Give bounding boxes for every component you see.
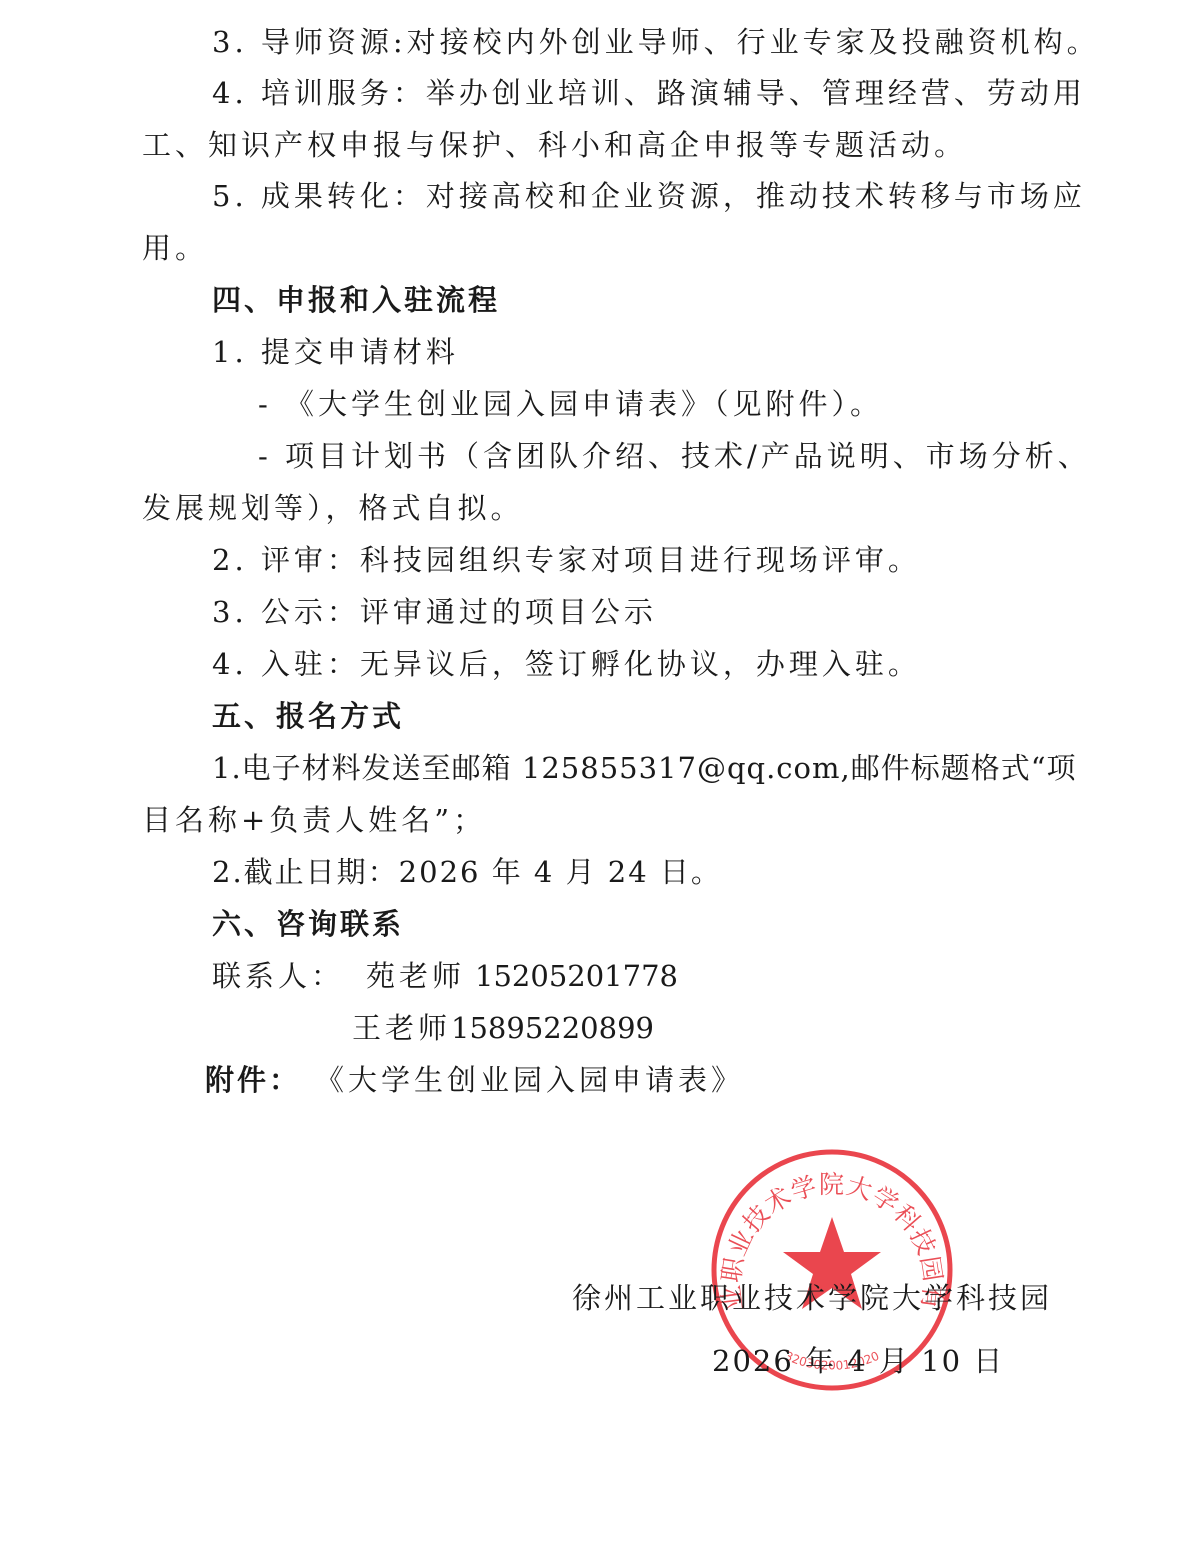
attachment-label: 附件：: [205, 1063, 301, 1097]
contact-name: 苑老师: [366, 959, 465, 993]
signature-date: 2026 年 4 月 10 日: [712, 1343, 1004, 1379]
attachment-title: 《大学生创业园入园申请表》: [315, 1063, 744, 1097]
section-heading-contact: 六、咨询联系: [212, 906, 404, 942]
material-project-plan: - 项目计划书（含团队介绍、技术/产品说明、市场分析、: [258, 438, 1091, 474]
service-item-mentors: 3. 导师资源:对接校内外创业导师、行业专家及投融资机构。: [212, 24, 1100, 60]
contact-row-1: 联系人：苑老师15205201778: [212, 958, 678, 994]
attachment-line: 附件：《大学生创业园入园申请表》: [205, 1062, 744, 1098]
contact-label: 联系人：: [212, 959, 344, 993]
contact-phone: 15895220899: [451, 1011, 654, 1045]
service-item-training: 4. 培训服务：举办创业培训、路演辅导、管理经营、劳动用: [212, 75, 1086, 111]
registration-deadline: 2.截止日期：2026 年 4 月 24 日。: [212, 854, 722, 890]
step-submit-materials: 1. 提交申请材料: [212, 334, 459, 370]
signature-organization: 徐州工业职业技术学院大学科技园: [572, 1280, 1052, 1316]
service-item-training-cont: 工、知识产权申报与保护、科小和高企申报等专题活动。: [142, 127, 967, 163]
registration-email: 1.电子材料发送至邮箱 125855317@qq.com,邮件标题格式“项: [212, 750, 1077, 786]
registration-email-cont: 目名称+负责人姓名”；: [142, 802, 486, 838]
document-page: 3. 导师资源:对接校内外创业导师、行业专家及投融资机构。 4. 培训服务：举办…: [0, 0, 1191, 1547]
step-review: 2. 评审：科技园组织专家对项目进行现场评审。: [212, 542, 921, 578]
step-publicity: 3. 公示：评审通过的项目公示: [212, 594, 657, 630]
material-project-plan-cont: 发展规划等），格式自拟。: [142, 490, 524, 526]
contact-phone: 15205201778: [475, 959, 678, 993]
contact-row-2: 王老师15895220899: [352, 1010, 654, 1046]
section-heading-registration: 五、报名方式: [212, 698, 404, 734]
service-item-transfer-cont: 用。: [142, 230, 208, 266]
material-application-form: - 《大学生创业园入园申请表》（见附件）。: [258, 386, 883, 422]
contact-name: 王老师: [352, 1011, 451, 1045]
step-settle-in: 4. 入驻：无异议后，签订孵化协议，办理入驻。: [212, 646, 921, 682]
service-item-transfer: 5. 成果转化：对接高校和企业资源，推动技术转移与市场应: [212, 178, 1086, 214]
section-heading-application: 四、申报和入驻流程: [212, 282, 500, 318]
